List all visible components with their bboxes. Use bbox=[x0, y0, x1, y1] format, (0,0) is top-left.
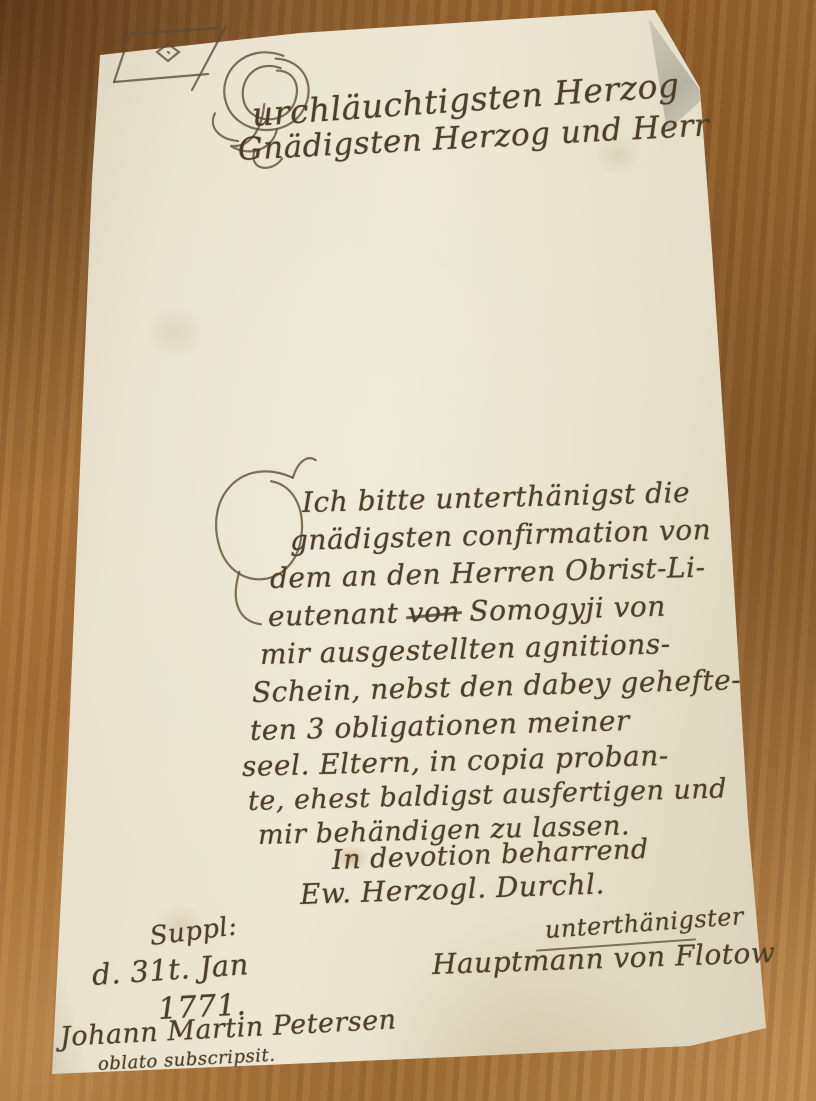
body-line-4-post: Somogyji von bbox=[460, 590, 667, 628]
struck-word: von bbox=[407, 595, 460, 629]
photo-of-manuscript: urchläuchtigsten Herzog Gnädigsten Herzo… bbox=[0, 0, 816, 1101]
paper-stain bbox=[145, 305, 205, 360]
body-line-4-pre: eutenant bbox=[268, 596, 409, 633]
